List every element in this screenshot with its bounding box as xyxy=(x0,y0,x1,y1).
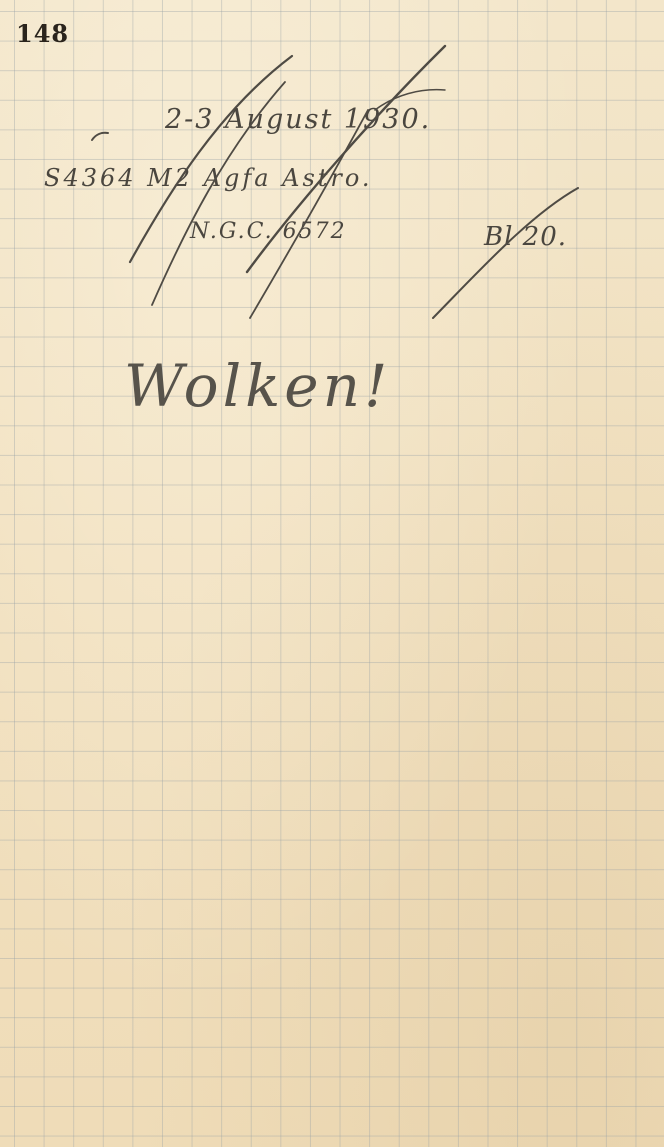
cross-out-strokes xyxy=(0,0,664,1147)
notebook-page: 148 2-3 August 1930. S4364 M2 Agfa Astro… xyxy=(0,0,664,1147)
